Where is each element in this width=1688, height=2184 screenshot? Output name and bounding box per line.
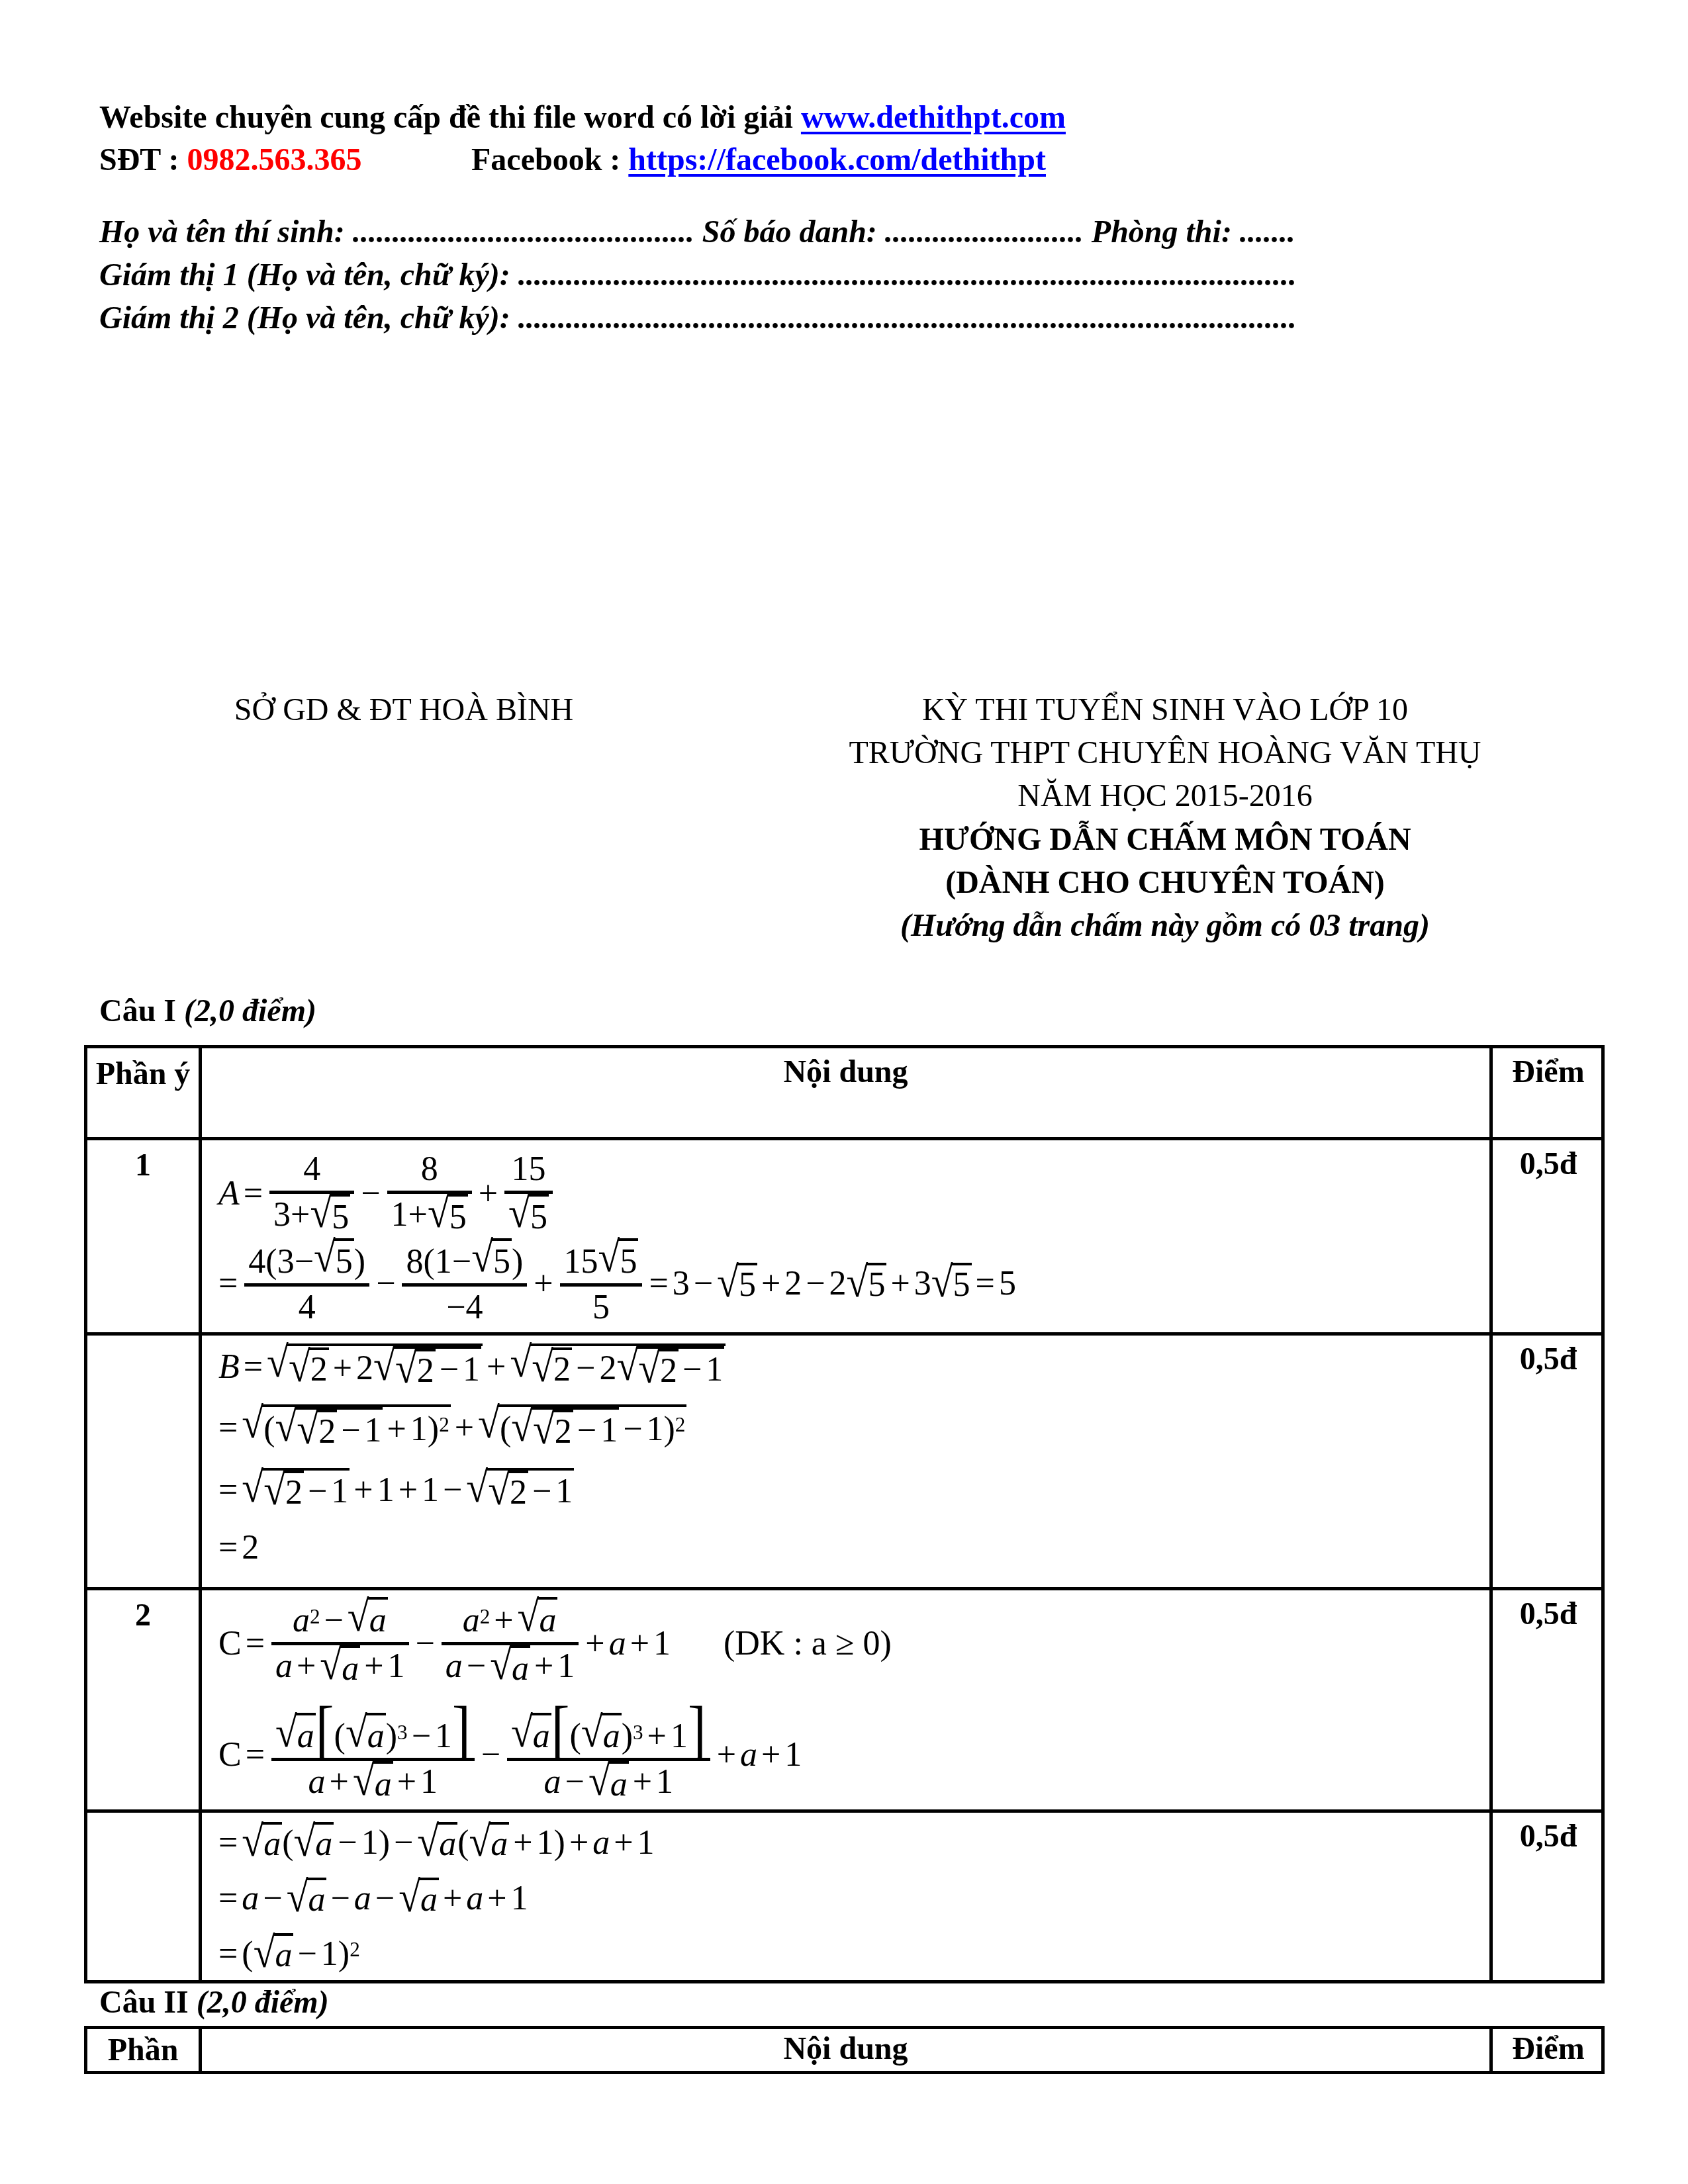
section-2-heading: Câu II (2,0 điểm) xyxy=(99,1984,329,2021)
table-row: 2 0,5đ C= a2−√aa+√a+1 − a2+√aa−√a+1 +a+1… xyxy=(87,1587,1601,1809)
facebook-label: Facebook : xyxy=(471,142,628,177)
math-line-a2: = 4(3−√5)4 − 8(1−√5)−4 + 15√55 =3−√5+2−2… xyxy=(218,1238,1016,1329)
exam-name: KỲ THI TUYỂN SINH VÀO LỚP 10 xyxy=(768,688,1562,731)
math-line-b4: =2 xyxy=(218,1527,259,1567)
table-row: 1 0,5đ A= 43+√5 − 81+√5 + 15√5 = 4(3−√5)… xyxy=(87,1137,1601,1332)
table-row: 0,5đ B= √√2+2√√2−1 + √√2−2√√2−1 = √(√√2−… xyxy=(87,1332,1601,1587)
header-score: Điểm xyxy=(1493,2030,1604,2067)
row-score: 0,5đ xyxy=(1493,1341,1604,1377)
phone-number: 0982.563.365 xyxy=(187,142,362,177)
row-score: 0,5đ xyxy=(1493,1818,1604,1854)
website-link[interactable]: www.dethithpt.com xyxy=(801,100,1066,135)
facebook-line: Facebook : https://facebook.com/dethithp… xyxy=(471,140,1046,180)
table-row: 0,5đ =√a(√a−1)−√a(√a+1)+a+1 =a−√a−a−√a+a… xyxy=(87,1809,1601,1983)
guide-note: (Hướng dẫn chấm này gồm có 03 trang) xyxy=(768,904,1562,947)
section-2-label: Câu II xyxy=(99,1985,189,2020)
row-score: 0,5đ xyxy=(1493,1596,1604,1632)
math-line-c1: C= a2−√aa+√a+1 − a2+√aa−√a+1 +a+1 (DK : … xyxy=(218,1597,892,1690)
row-part-number: 2 xyxy=(87,1596,199,1635)
website-text: Website chuyên cung cấp đề thi file word… xyxy=(99,100,801,135)
school-name: TRƯỜNG THPT CHUYÊN HOÀNG VĂN THỤ xyxy=(768,731,1562,774)
phone-label: SĐT : xyxy=(99,142,187,177)
proctor-1-line: Giám thị 1 (Họ và tên, chữ ký): ........… xyxy=(99,253,1297,296)
website-line: Website chuyên cung cấp đề thi file word… xyxy=(99,98,1066,138)
header-score: Điểm xyxy=(1493,1054,1604,1090)
header-content: Nội dung xyxy=(202,1054,1489,1090)
math-line-c4: =a−√a−a−√a+a+1 xyxy=(218,1875,528,1921)
section-1-heading: Câu I (2,0 điểm) xyxy=(99,993,316,1029)
section-1-label: Câu I xyxy=(99,993,176,1028)
math-line-b3: = √√2−1+1+1−√√2−1 xyxy=(218,1467,574,1513)
facebook-link[interactable]: https://facebook.com/dethithpt xyxy=(628,142,1046,177)
school-year: NĂM HỌC 2015-2016 xyxy=(768,774,1562,817)
contact-line: SĐT : 0982.563.365 xyxy=(99,140,362,180)
math-line-c2: C= √a[(√a)3−1]a+√a+1 − √a[(√a)3+1]a−√a+1… xyxy=(218,1703,802,1806)
math-line-c5: =(√a−1)2 xyxy=(218,1931,360,1977)
guide-subtitle: (DÀNH CHO CHUYÊN TOÁN) xyxy=(768,861,1562,904)
header-content: Nội dung xyxy=(202,2030,1489,2067)
section-1-points: (2,0 điểm) xyxy=(184,993,316,1028)
math-line-b2: = √(√√2−1+1)2 + √(√√2−1−1)2 xyxy=(218,1403,686,1453)
condition-text: (DK : a ≥ 0) xyxy=(724,1624,892,1663)
row-part-number: 1 xyxy=(87,1146,199,1185)
section-2-points: (2,0 điểm) xyxy=(197,1985,329,2020)
math-line-b1: B= √√2+2√√2−1 + √√2−2√√2−1 xyxy=(218,1343,726,1390)
row-score: 0,5đ xyxy=(1493,1146,1604,1182)
section-1-table: Phần ý Nội dung Điểm 1 0,5đ A= 43+√5 − 8… xyxy=(84,1045,1605,1983)
header-part: Phần xyxy=(87,2030,199,2070)
table-header-row: Phần ý Nội dung Điểm xyxy=(87,1048,1601,1137)
proctor-2-line: Giám thị 2 (Họ và tên, chữ ký): ........… xyxy=(99,296,1297,340)
math-line-c3: =√a(√a−1)−√a(√a+1)+a+1 xyxy=(218,1819,655,1866)
section-2-table: Phần Nội dung Điểm xyxy=(84,2026,1605,2074)
guide-title: HƯỚNG DẪN CHẤM MÔN TOÁN xyxy=(768,818,1562,861)
header-part: Phần ý xyxy=(87,1054,199,1095)
department-name: SỞ GD & ĐT HOÀ BÌNH xyxy=(205,688,602,731)
candidate-info-line: Họ và tên thí sinh: ....................… xyxy=(99,210,1295,253)
math-line-a1: A= 43+√5 − 81+√5 + 15√5 xyxy=(218,1148,555,1239)
